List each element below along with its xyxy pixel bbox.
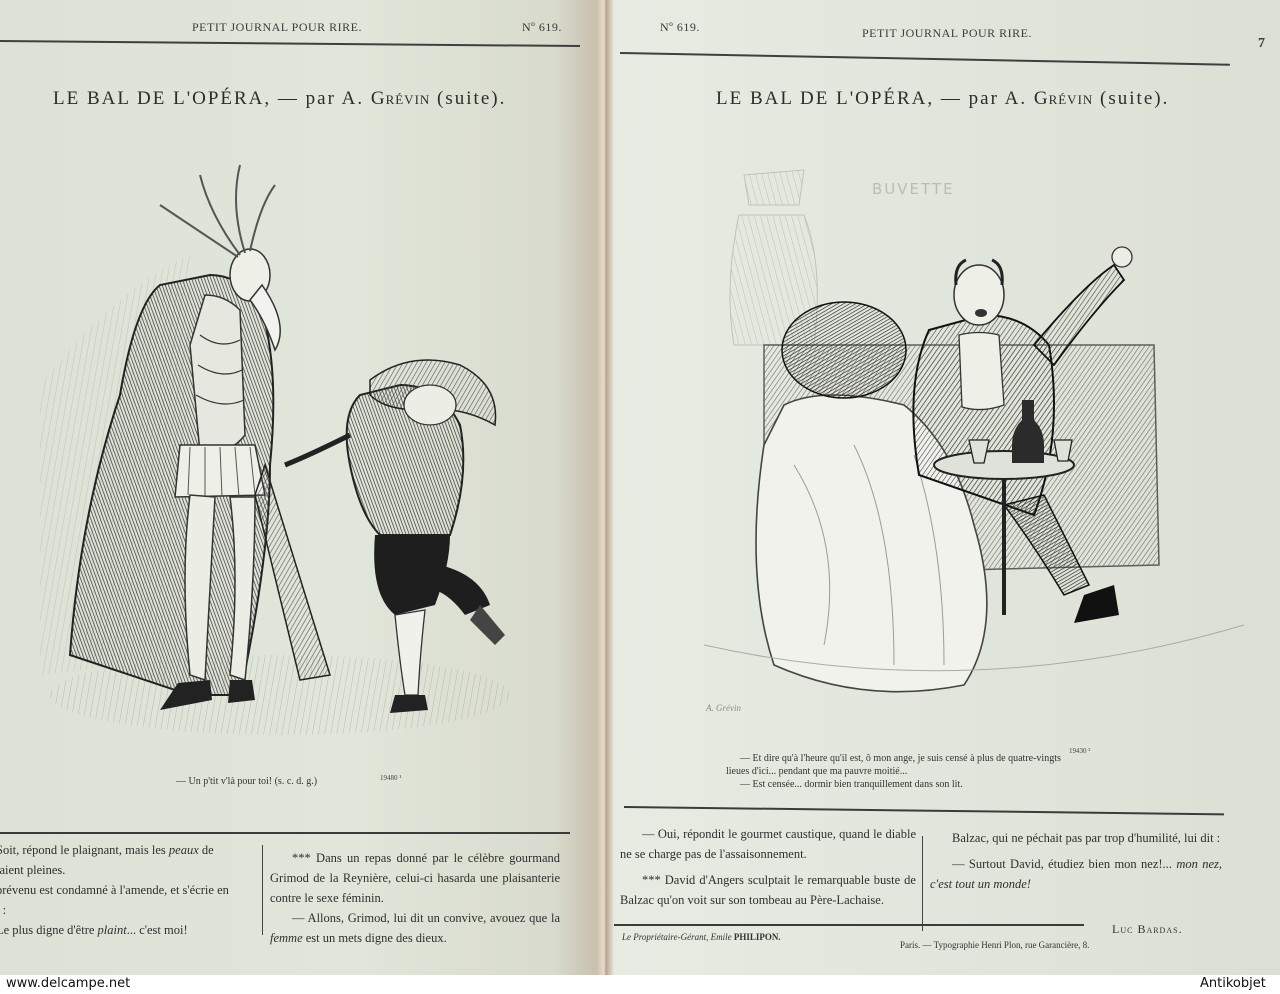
imprint-rule [614,924,1084,926]
column-divider-rule-right [624,806,1224,815]
caption-line: — Est censée... dormir bien tranquilleme… [726,778,1146,791]
caption-line: — Et dire qu'à l'heure qu'il est, ô mon … [726,752,1146,765]
engraving-illustration-left [40,135,560,755]
title-by: par A. [969,88,1027,109]
issue-number-right: Nº 619. [660,20,700,38]
illustration-caption-right: — Et dire qu'à l'heure qu'il est, ô mon … [726,752,1146,791]
page-title-left: LE BAL DE L'OPÉRA, — par A. Grévin (suit… [53,88,506,110]
header-rule-right [620,52,1230,66]
text-column-right-a: — Oui, répondit le gourmet caustique, qu… [620,824,916,910]
text-line: t : [0,900,250,920]
text-line: taient pleines. [0,860,250,880]
author-signature: Luc Bardas. [1112,922,1183,937]
left-page: PETIT JOURNAL POUR RIRE. Nº 619. LE BAL … [0,0,596,975]
title-author: Grévin [371,88,430,109]
paragraph-allons: — Allons, Grimod, lui dit un convive, av… [270,908,560,948]
book-spine-gutter [596,0,614,975]
caption-line: lieues d'ici... pendant que ma pauvre mo… [726,765,1146,778]
plate-number-left: 19480 ¹ [380,774,401,782]
title-author: Grévin [1034,88,1093,109]
right-page: Nº 619. PETIT JOURNAL POUR RIRE. 7 LE BA… [614,0,1280,975]
column-divider-rule-left [0,832,570,834]
title-main: LE BAL DE L'OPÉRA, — [53,88,299,109]
text-column-right-b: Balzac, qui ne péchait pas par trop d'hu… [930,828,1222,894]
text-line: Soit, répond le plaignant, mais les peau… [0,840,250,860]
title-suffix: (suite). [437,88,506,109]
title-suffix: (suite). [1100,88,1169,109]
column-separator-left [262,845,263,935]
illustration-caption-left: — Un p'tit v'là pour toi! (s. c. d. g.) [176,775,317,788]
paragraph-gourmet: — Oui, répondit le gourmet caustique, qu… [620,824,916,864]
engraving-illustration-right [704,145,1244,715]
text-line: prévenu est condamné à l'amende, et s'éc… [0,880,250,900]
title-main: LE BAL DE L'OPÉRA, — [716,88,962,109]
header-rule-left [0,40,580,47]
page-title-right: LE BAL DE L'OPÉRA, — par A. Grévin (suit… [716,88,1169,110]
watermark-delcampe: www.delcampe.net [6,976,130,991]
issue-number-left: Nº 619. [522,20,562,38]
paragraph-nez: — Surtout David, étudiez bien mon nez!..… [930,854,1222,894]
imprint-printer: Paris. — Typographie Henri Plon, rue Gar… [900,940,1089,950]
text-column-left-b: *** Dans un repas donné par le célèbre g… [270,848,560,948]
artist-signature: A. Grévin [706,703,741,713]
running-title-right: PETIT JOURNAL POUR RIRE. [862,26,1032,44]
paragraph-david: *** David d'Angers sculptait le remarqua… [620,870,916,910]
paragraph-grimod: *** Dans un repas donné par le célèbre g… [270,848,560,908]
title-by: par A. [306,88,364,109]
column-separator-right [922,836,923,931]
open-book-spread: PETIT JOURNAL POUR RIRE. Nº 619. LE BAL … [0,0,1280,975]
text-column-left-a: Soit, répond le plaignant, mais les peau… [0,840,250,940]
running-title-left: PETIT JOURNAL POUR RIRE. [192,20,362,38]
page-number: 7 [1258,36,1266,54]
text-line: Le plus digne d'être plaint... c'est moi… [0,920,250,940]
watermark-antikobjet: Antikobjet [1200,976,1266,991]
paragraph-balzac: Balzac, qui ne péchait pas par trop d'hu… [930,828,1222,848]
imprint-publisher: Le Propriétaire-Gérant, Emile PHILIPON. [622,932,781,942]
